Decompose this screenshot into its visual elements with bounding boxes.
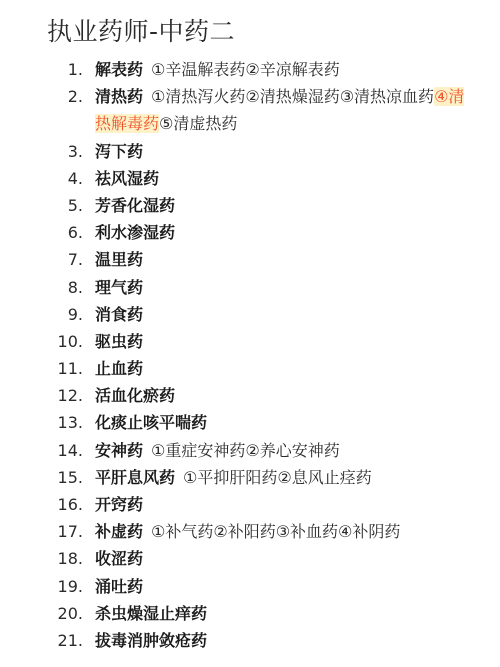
item-number: 12. [58,382,83,409]
item-heading: 开窍药 [95,495,143,514]
item-number: 7. [68,246,83,273]
item-subtypes: ①平抑肝阳药②息风止痉药 [183,468,372,487]
item-subtypes: ①补气药②补阳药③补血药④补阴药 [151,522,400,541]
item-number: 17. [58,518,83,545]
item-number: 18. [58,545,83,572]
item-number: 21. [58,627,83,654]
list-item: 17.补虚药①补气药②补阳药③补血药④补阴药 [0,518,500,545]
list-item: 11.止血药 [0,355,500,382]
item-subtypes: ①清热泻火药②清热燥湿药③清热凉血药 [151,87,434,106]
item-heading: 利水渗湿药 [95,223,175,242]
list-item: 6.利水渗湿药 [0,219,500,246]
list-item: 16.开窍药 [0,491,500,518]
list-item: 9.消食药 [0,301,500,328]
item-heading: 平肝息风药 [95,468,175,487]
list-item: 7.温里药 [0,246,500,273]
item-number: 1. [68,56,83,83]
item-number: 11. [58,355,83,382]
item-number: 6. [68,219,83,246]
item-number: 9. [68,301,83,328]
list-item: 19.涌吐药 [0,573,500,600]
item-number: 14. [58,437,83,464]
item-number: 5. [68,192,83,219]
item-number: 3. [68,138,83,165]
item-heading: 消食药 [95,305,143,324]
list-item: 4.祛风湿药 [0,165,500,192]
item-heading: 清热药 [95,87,143,106]
list-item: 13.化痰止咳平喘药 [0,409,500,436]
item-number: 16. [58,491,83,518]
item-heading: 拔毒消肿敛疮药 [95,631,207,650]
item-heading: 补虚药 [95,522,143,541]
item-number: 20. [58,600,83,627]
item-number: 2. [68,83,83,110]
category-list: 1. 解表药①辛温解表药②辛凉解表药 2. 清热药①清热泻火药②清热燥湿药③清热… [0,56,500,654]
list-item: 15.平肝息风药①平抑肝阳药②息风止痉药 [0,464,500,491]
item-heading: 温里药 [95,250,143,269]
item-number: 8. [68,274,83,301]
item-heading: 化痰止咳平喘药 [95,413,207,432]
item-number: 15. [58,464,83,491]
item-number: 19. [58,573,83,600]
item-number: 4. [68,165,83,192]
list-item: 18.收涩药 [0,545,500,572]
document-page: 执业药师-中药二 1. 解表药①辛温解表药②辛凉解表药 2. 清热药①清热泻火药… [0,0,500,667]
item-heading: 芳香化湿药 [95,196,175,215]
item-heading: 止血药 [95,359,143,378]
item-heading: 涌吐药 [95,577,143,596]
list-item: 21.拔毒消肿敛疮药 [0,627,500,654]
item-heading: 安神药 [95,441,143,460]
list-item: 1. 解表药①辛温解表药②辛凉解表药 [0,56,500,83]
item-heading: 解表药 [95,60,143,79]
list-item: 5.芳香化湿药 [0,192,500,219]
item-subtypes: ①辛温解表药②辛凉解表药 [151,60,340,79]
list-item: 8.理气药 [0,274,500,301]
list-item: 3.泻下药 [0,138,500,165]
item-heading: 泻下药 [95,142,143,161]
page-title: 执业药师-中药二 [47,12,235,48]
item-subtypes-tail: ⑤清虚热药 [159,114,237,133]
item-heading: 杀虫燥湿止痒药 [95,604,207,623]
list-item: 14.安神药①重症安神药②养心安神药 [0,437,500,464]
item-subtypes: ①重症安神药②养心安神药 [151,441,340,460]
item-heading: 理气药 [95,278,143,297]
item-heading: 驱虫药 [95,332,143,351]
list-item: 20.杀虫燥湿止痒药 [0,600,500,627]
list-item: 12.活血化瘀药 [0,382,500,409]
item-heading: 收涩药 [95,549,143,568]
list-item: 2. 清热药①清热泻火药②清热燥湿药③清热凉血药④清热解毒药⑤清虚热药 [0,83,500,137]
item-heading: 祛风湿药 [95,169,159,188]
item-number: 13. [58,409,83,436]
list-item: 10.驱虫药 [0,328,500,355]
item-number: 10. [58,328,83,355]
item-heading: 活血化瘀药 [95,386,175,405]
